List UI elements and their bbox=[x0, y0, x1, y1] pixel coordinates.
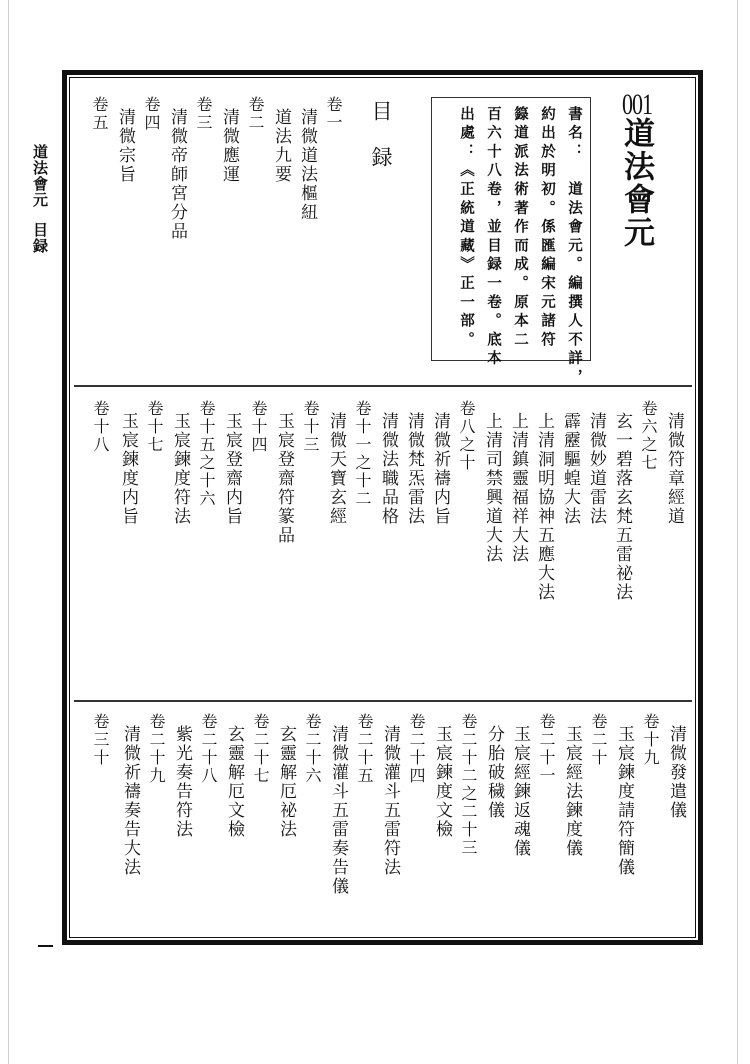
toc-entry[interactable]: 清微宗旨 bbox=[115, 108, 135, 184]
toc-volume[interactable]: 卷十七 bbox=[144, 400, 164, 454]
toc-volume[interactable]: 卷一 bbox=[323, 96, 343, 132]
toc-entry[interactable]: 玄靈解厄祕法 bbox=[276, 725, 296, 839]
page-edge-left bbox=[8, 0, 9, 1064]
toc-volume[interactable]: 卷三 bbox=[193, 96, 213, 132]
toc-entry[interactable]: 道法九要 bbox=[271, 108, 291, 184]
toc-entry[interactable]: 玄靈解厄文檢 bbox=[224, 725, 244, 839]
toc-entry[interactable]: 霹靂驅蝗大法 bbox=[560, 412, 580, 526]
toc-entry[interactable]: 上清洞明協神五應大法 bbox=[534, 412, 554, 602]
toc-volume[interactable]: 卷四 bbox=[141, 96, 161, 132]
toc-volume[interactable]: 卷二十九 bbox=[146, 713, 166, 785]
info-line: 出處：《正統道藏》正一部。 bbox=[455, 106, 477, 350]
toc-volume[interactable]: 卷十五之十六 bbox=[196, 400, 216, 508]
section-divider-1 bbox=[74, 385, 692, 387]
toc-volume[interactable]: 卷十四 bbox=[248, 400, 268, 454]
toc-volume[interactable]: 卷二十八 bbox=[198, 713, 218, 785]
toc-entry[interactable]: 清微應運 bbox=[219, 108, 239, 184]
toc-entry[interactable]: 清微符章經道 bbox=[664, 412, 684, 526]
toc-volume[interactable]: 卷十三 bbox=[300, 400, 320, 454]
info-line: 籙道派法術著作而成。原本二 bbox=[509, 106, 531, 350]
toc-entry[interactable]: 清微妙道雷法 bbox=[586, 412, 606, 526]
info-line: 書名： 道法會元。編撰人不詳， bbox=[563, 106, 585, 388]
toc-volume[interactable]: 卷五 bbox=[89, 96, 109, 132]
toc-volume[interactable]: 卷十八 bbox=[90, 400, 110, 454]
toc-volume[interactable]: 卷十一之十二 bbox=[352, 400, 372, 508]
toc-entry[interactable]: 玉宸登齋符篆品 bbox=[274, 412, 294, 545]
book-title: 道法會元 bbox=[618, 117, 654, 249]
page-number bbox=[38, 945, 53, 947]
toc-entry[interactable]: 清微帝師宮分品 bbox=[167, 108, 187, 241]
toc-entry[interactable]: 玉宸鍊度請符簡儀 bbox=[614, 725, 634, 877]
toc-entry[interactable]: 清微祈禱奏告大法 bbox=[120, 725, 140, 877]
toc-volume[interactable]: 卷三十 bbox=[90, 713, 110, 767]
toc-entry[interactable]: 清微發遣儀 bbox=[666, 725, 686, 820]
toc-entry[interactable]: 玉宸經法鍊度儀 bbox=[562, 725, 582, 858]
toc-entry[interactable]: 清微天寶玄經 bbox=[326, 412, 346, 526]
toc-volume[interactable]: 卷二十二之二十三 bbox=[458, 713, 478, 857]
running-head-section: 目録 bbox=[31, 222, 49, 254]
toc-entry[interactable]: 玄一碧落玄梵五雷祕法 bbox=[612, 412, 632, 602]
toc-entry[interactable]: 玉宸登齋内旨 bbox=[222, 412, 242, 526]
info-box: 書名： 道法會元。編撰人不詳， 約出於明初。係匯編宋元諸符 籙道派法術著作而成。… bbox=[431, 97, 591, 361]
toc-entry[interactable]: 玉宸鍊度内旨 bbox=[118, 412, 138, 526]
toc-entry[interactable]: 清微灌斗五雷符法 bbox=[380, 725, 400, 877]
toc-volume[interactable]: 卷六之七 bbox=[638, 400, 658, 472]
toc-entry[interactable]: 玉宸鍊度符法 bbox=[170, 412, 190, 526]
toc-entry[interactable]: 清微梵炁雷法 bbox=[404, 412, 424, 526]
toc-entry[interactable]: 紫光奏告符法 bbox=[172, 725, 192, 839]
toc-entry[interactable]: 清微道法樞紐 bbox=[297, 108, 317, 222]
running-head-book: 道法會元 bbox=[31, 144, 49, 208]
toc-entry[interactable]: 玉宸鍊度文檢 bbox=[432, 725, 452, 839]
toc-volume[interactable]: 卷二十七 bbox=[250, 713, 270, 785]
toc-entry[interactable]: 上清鎮靈福祥大法 bbox=[508, 412, 528, 564]
toc-heading: 目録 bbox=[366, 100, 396, 192]
running-head: 道法會元目録 bbox=[30, 144, 51, 254]
toc-entry[interactable]: 清微法職品格 bbox=[378, 412, 398, 526]
toc-volume[interactable]: 卷二十一 bbox=[536, 713, 556, 785]
toc-entry[interactable]: 分胎破穢儀 bbox=[484, 725, 504, 820]
toc-volume[interactable]: 卷二十六 bbox=[302, 713, 322, 785]
toc-entry[interactable]: 上清司禁興道大法 bbox=[482, 412, 502, 564]
toc-volume[interactable]: 卷十九 bbox=[640, 713, 660, 767]
toc-volume[interactable]: 卷二十五 bbox=[354, 713, 374, 785]
section-divider-2 bbox=[74, 700, 692, 702]
info-line: 約出於明初。係匯編宋元諸符 bbox=[536, 106, 558, 350]
toc-volume[interactable]: 卷二 bbox=[245, 96, 265, 132]
toc-volume[interactable]: 卷八之十 bbox=[456, 400, 476, 472]
toc-entry[interactable]: 清微灌斗五雷奏告儀 bbox=[328, 725, 348, 896]
toc-entry[interactable]: 清微祈禱内旨 bbox=[430, 412, 450, 526]
info-line: 百六十八卷，並目録一卷。底本 bbox=[482, 106, 504, 369]
toc-volume[interactable]: 卷二十 bbox=[588, 713, 608, 767]
page-edge-right bbox=[737, 0, 738, 1064]
toc-entry[interactable]: 玉宸經鍊返魂儀 bbox=[510, 725, 530, 858]
toc-volume[interactable]: 卷二十四 bbox=[406, 713, 426, 785]
